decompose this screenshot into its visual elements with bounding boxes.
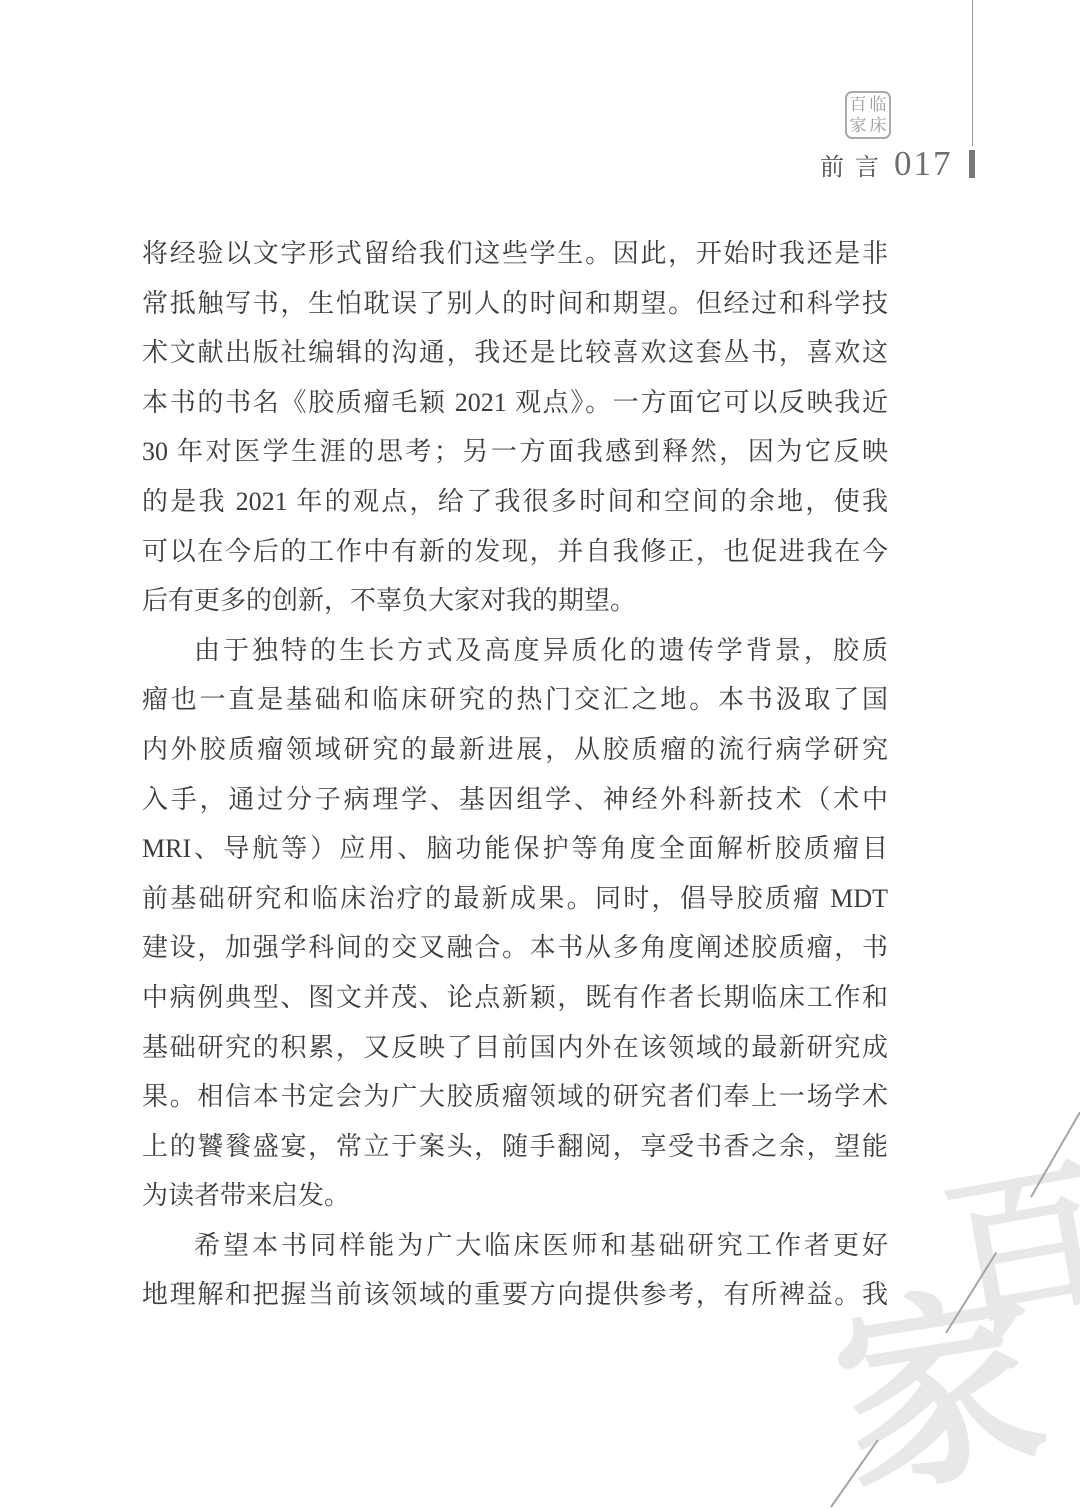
text-line: 本书的书名《胶质瘤毛颖 2021 观点》。一方面它可以反映我近 xyxy=(142,378,888,428)
text-line: 果。相信本书定会为广大胶质瘤领域的研究者们奉上一场学术 xyxy=(142,1072,888,1122)
text-line: 可以在今后的工作中有新的发现，并自我修正，也促进我在今 xyxy=(142,527,888,577)
text-line: 中病例典型、图文并茂、论点新颖，既有作者长期临床工作和 xyxy=(142,973,888,1023)
text-line: 上的饕餮盛宴，常立于案头，随手翻阅，享受书香之余，望能 xyxy=(142,1122,888,1172)
text-line: 建设，加强学科间的交叉融合。本书从多角度阐述胶质瘤，书 xyxy=(142,923,888,973)
text-line: 将经验以文字形式留给我们这些学生。因此，开始时我还是非 xyxy=(142,229,888,279)
section-title: 前言 xyxy=(820,147,890,182)
watermark-stroke-icon xyxy=(830,1439,879,1507)
watermark-stroke-icon xyxy=(1030,1112,1080,1198)
seal-char-bottom-left: 家 xyxy=(850,117,867,134)
text-line: 由于独特的生长方式及高度异质化的遗传学背景，胶质 xyxy=(142,626,888,676)
text-line: 入手，通过分子病理学、基因组学、神经外科新技术（术中 xyxy=(142,775,888,825)
text-line: 的是我 2021 年的观点，给了我很多时间和空间的余地，使我 xyxy=(142,477,888,527)
text-line: 常抵触写书，生怕耽误了别人的时间和期望。但经过和科学技 xyxy=(142,279,888,329)
text-line: 30 年对医学生涯的思考；另一方面我感到释然，因为它反映 xyxy=(142,427,888,477)
preface-text: 将经验以文字形式留给我们这些学生。因此，开始时我还是非 常抵触写书，生怕耽误了别… xyxy=(142,229,888,1320)
seal-char-top-right: 临 xyxy=(870,96,887,113)
text-line: 地理解和把握当前该领域的重要方向提供参考，有所裨益。我 xyxy=(142,1270,888,1320)
text-line: 基础研究的积累，又反映了目前国内外在该领域的最新研究成 xyxy=(142,1023,888,1073)
watermark-stroke-icon xyxy=(945,1252,997,1334)
page-header: 前言 017 xyxy=(820,144,953,184)
text-line: 内外胶质瘤领域研究的最新进展，从胶质瘤的流行病学研究 xyxy=(142,725,888,775)
seal-char-bottom-right: 床 xyxy=(870,117,887,134)
publisher-seal-icon: 百 临 家 床 xyxy=(845,91,891,139)
text-line: 瘤也一直是基础和临床研究的热门交汇之地。本书汲取了国 xyxy=(142,675,888,725)
page-number: 017 xyxy=(894,144,953,184)
book-page: 百 临 家 床 前言 017 将经验以文字形式留给我们这些学生。因此，开始时我还… xyxy=(0,0,1080,1509)
header-vertical-bar xyxy=(969,150,975,178)
text-line: 希望本书同样能为广大临床医师和基础研究工作者更好 xyxy=(142,1221,888,1271)
text-line: 后有更多的创新，不辜负大家对我的期望。 xyxy=(142,576,888,626)
seal-char-top-left: 百 xyxy=(850,96,867,113)
header-vertical-hairline xyxy=(972,0,973,146)
text-line: 为读者带来启发。 xyxy=(142,1171,888,1221)
text-line: 术文献出版社编辑的沟通，我还是比较喜欢这套丛书，喜欢这 xyxy=(142,328,888,378)
text-line: MRI、导航等）应用、脑功能保护等角度全面解析胶质瘤目 xyxy=(142,824,888,874)
text-line: 前基础研究和临床治疗的最新成果。同时，倡导胶质瘤 MDT xyxy=(142,874,888,924)
